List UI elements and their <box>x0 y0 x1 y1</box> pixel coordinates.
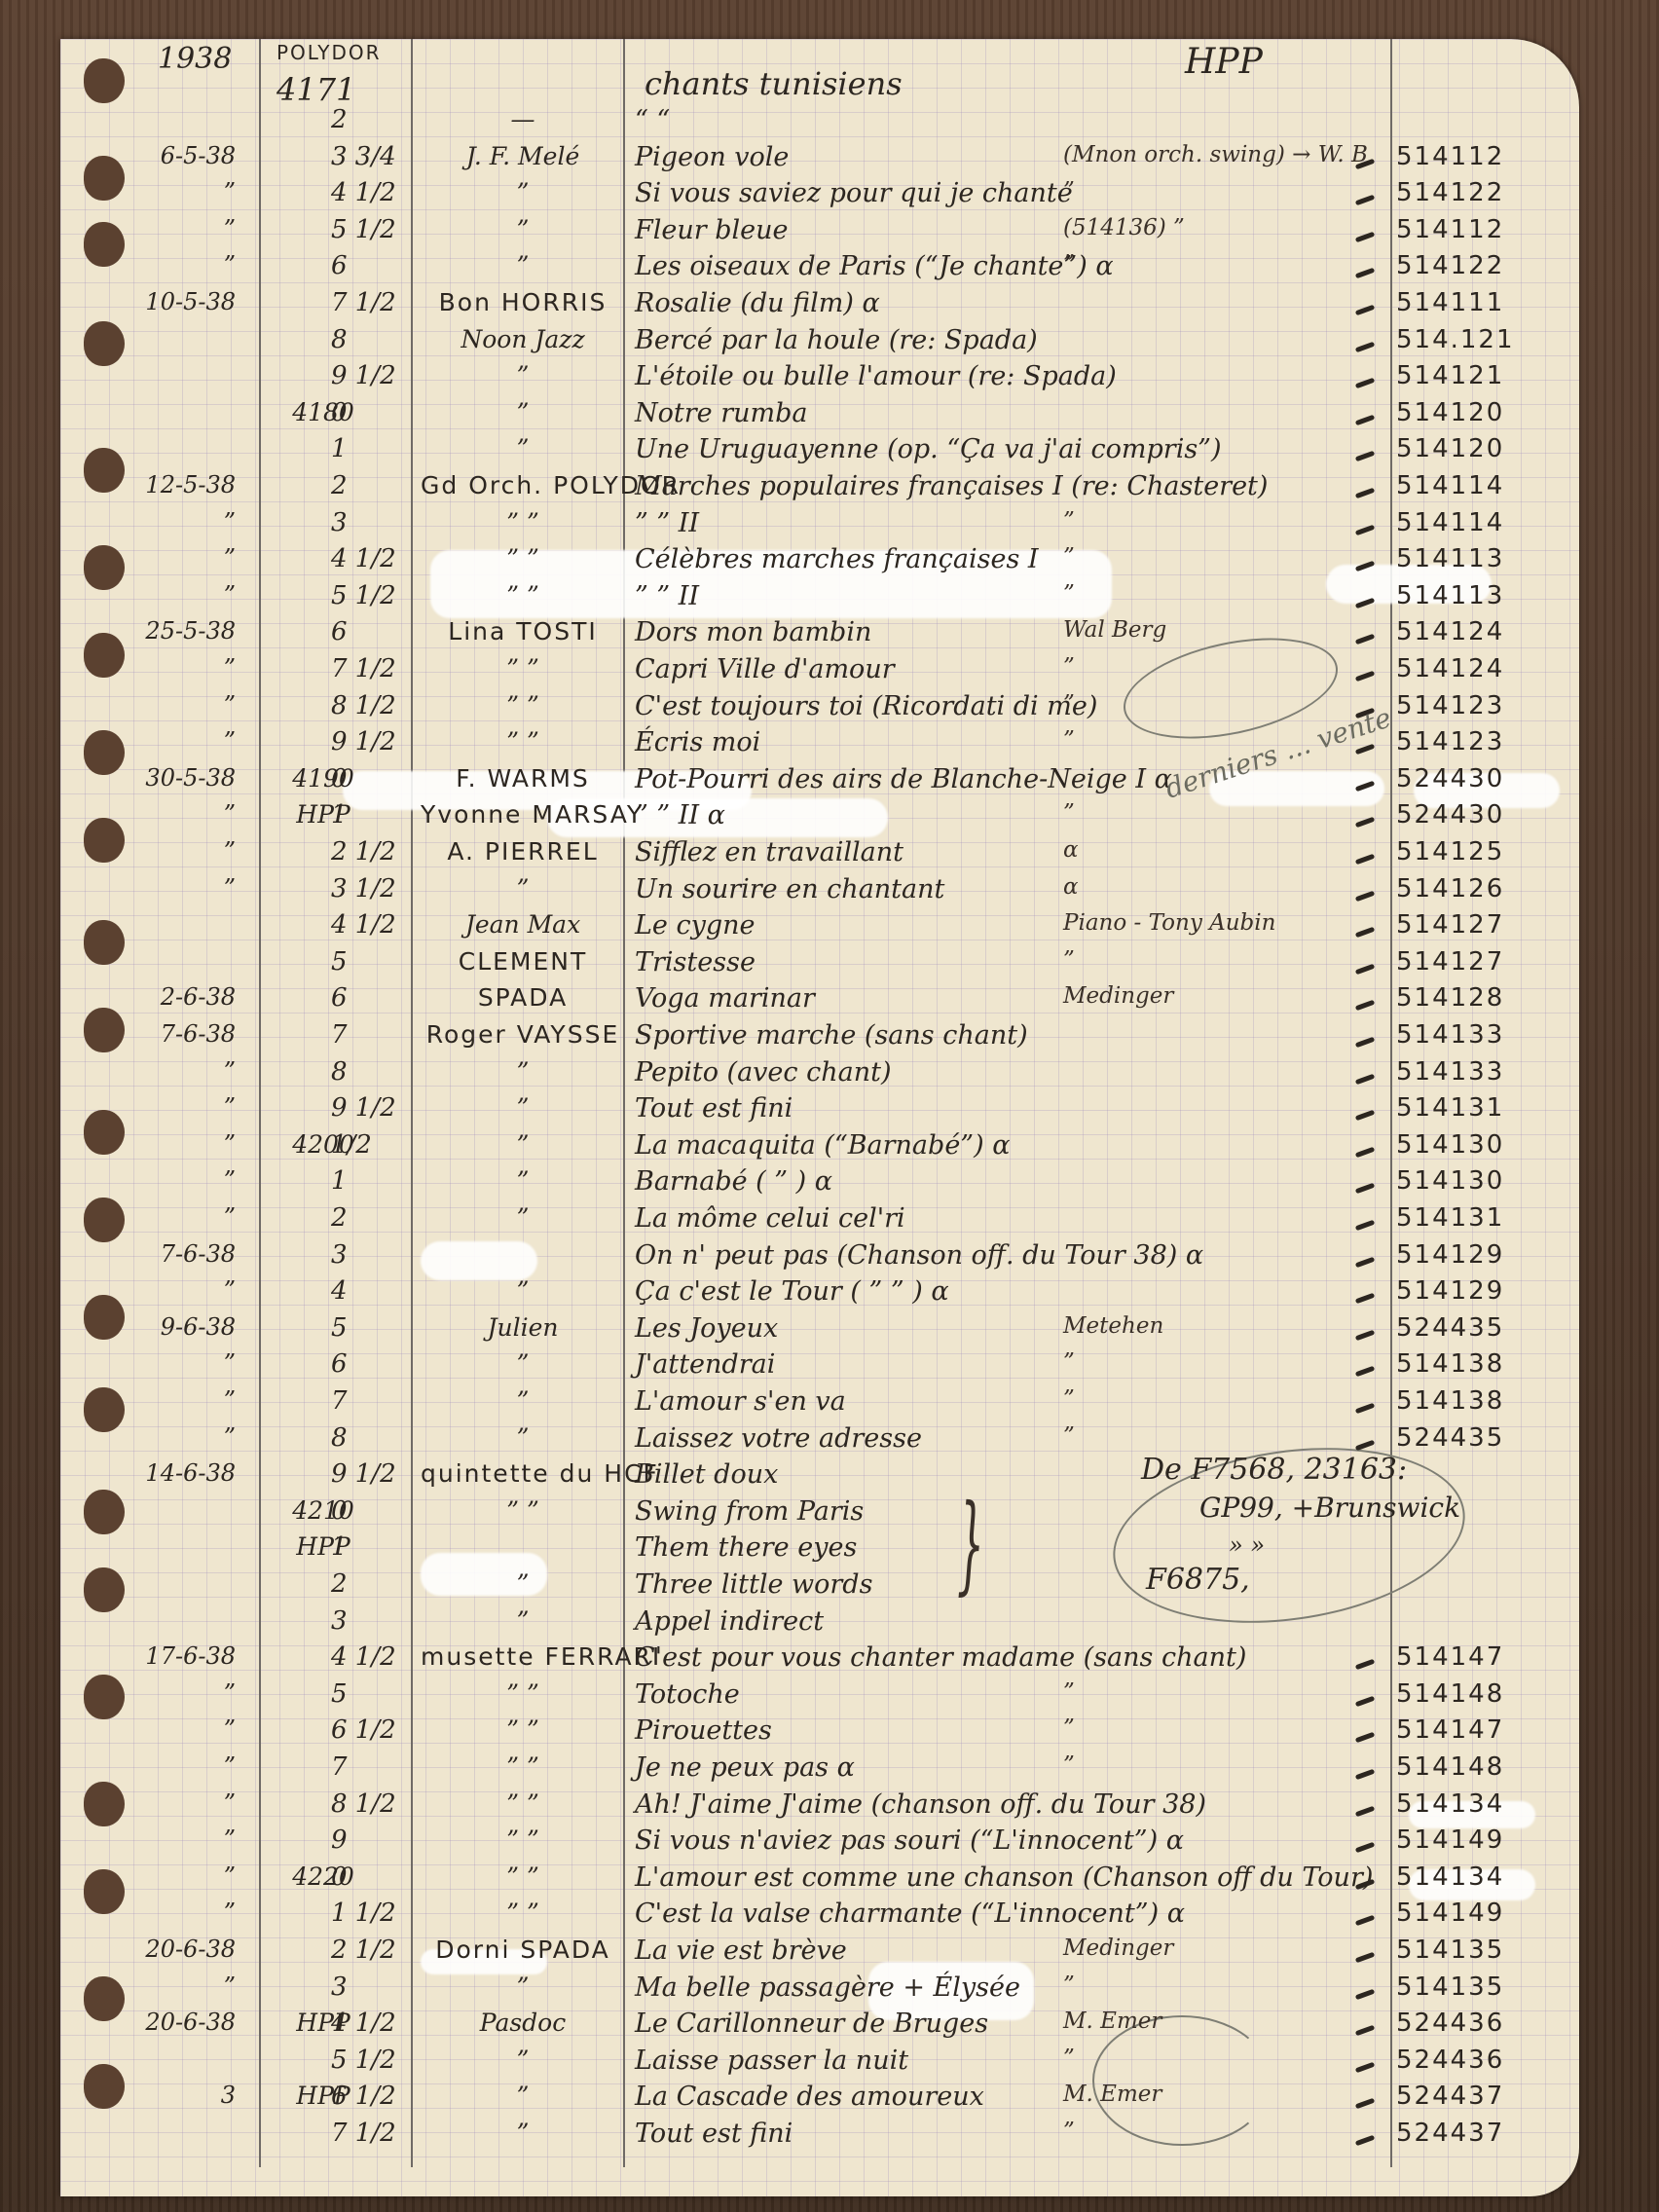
artist-cell: ” <box>421 1571 625 1596</box>
catalog-number-cell: 514148 <box>1396 1754 1504 1780</box>
title-cell: Pot-Pourri des airs de Blanche-Neige I α <box>635 766 1172 793</box>
artist-cell: quintette du HCF <box>421 1461 625 1486</box>
take-cell: 6 1/2 <box>331 1717 409 1743</box>
date-cell: ” <box>99 217 236 240</box>
take-cell: 0 <box>331 1864 409 1890</box>
date-cell: 7-6-38 <box>99 1022 236 1046</box>
catalog-number-cell: 514129 <box>1396 1278 1504 1304</box>
check-tick-mark <box>1355 1366 1376 1378</box>
take-cell: 8 1/2 <box>331 693 409 719</box>
ledger-row: 4 1/2Jean MaxLe cygnePiano - Tony Aubin5… <box>60 912 1579 949</box>
artist-cell: Bon HORRIS <box>421 290 625 314</box>
catalog-number-cell: 514135 <box>1396 1974 1504 2000</box>
title-cell: Les oiseaux de Paris (“Je chante”) α <box>635 253 1114 279</box>
note-cell: ” <box>1063 729 1075 752</box>
check-tick-mark <box>1355 341 1376 352</box>
check-tick-mark <box>1355 1915 1376 1927</box>
take-cell: 2 <box>331 1205 409 1231</box>
ledger-row: ”HPP1Yvonne MARSAY” ” II α”524430 <box>60 802 1579 839</box>
catalog-number-cell: 514127 <box>1396 949 1504 975</box>
title-cell: Them there eyes <box>635 1534 857 1561</box>
note-cell: ” <box>1063 656 1075 679</box>
ledger-row: ”6”Les oiseaux de Paris (“Je chante”) α”… <box>60 253 1579 290</box>
check-tick-mark <box>1355 1256 1376 1268</box>
ledger-row: ”8 1/2” ”Ah! J'aime J'aime (chanson off.… <box>60 1791 1579 1828</box>
artist-cell: ” ” <box>421 1864 625 1889</box>
note-cell: ” <box>1063 1717 1075 1740</box>
check-tick-mark <box>1355 305 1376 316</box>
title-cell: Écris moi <box>635 729 760 756</box>
take-cell: 4 1/2 <box>331 912 409 938</box>
note-cell: ” <box>1063 510 1075 533</box>
take-cell: 2 1/2 <box>331 839 409 865</box>
artist-cell: ” <box>421 1095 625 1120</box>
check-tick-mark <box>1355 451 1376 462</box>
binder-hole <box>84 58 125 103</box>
ledger-row: 30-5-3841900F. WARMSPot-Pourri des airs … <box>60 766 1579 803</box>
catalog-number-cell: 514113 <box>1396 546 1504 571</box>
title-cell: L'étoile ou bulle l'amour (re: Spada) <box>635 363 1117 389</box>
date-cell: 30-5-38 <box>99 766 236 790</box>
take-cell: 2 <box>331 107 409 132</box>
note-cell: (514136) ” <box>1063 217 1185 240</box>
take-cell: 3 <box>331 1242 409 1268</box>
catalog-number-cell: 524437 <box>1396 2120 1504 2146</box>
check-tick-mark <box>1355 2135 1376 2147</box>
note-cell: Piano - Tony Aubin <box>1063 912 1275 935</box>
ledger-row: ”5” ”Totoche”514148 <box>60 1681 1579 1718</box>
check-tick-mark <box>1355 2062 1376 2074</box>
date-cell: ” <box>99 583 236 607</box>
year-heading: 1938 <box>158 45 232 74</box>
check-tick-mark <box>1355 1732 1376 1744</box>
title-cell: Sifflez en travaillant <box>635 839 903 866</box>
check-tick-mark <box>1355 964 1376 976</box>
title-cell: On n' peut pas (Chanson off. du Tour 38)… <box>635 1242 1203 1269</box>
artist-cell: ” <box>421 1388 625 1413</box>
ledger-row: 25-5-386Lina TOSTIDors mon bambinWal Ber… <box>60 619 1579 656</box>
catalog-number-cell: 514147 <box>1396 1644 1504 1670</box>
date-cell: ” <box>99 1059 236 1083</box>
artist-cell: ” <box>421 363 625 387</box>
title-cell: Ma belle passagère + Élysée <box>635 1974 1020 2001</box>
take-cell: 4 1/2 <box>331 546 409 571</box>
artist-cell: Roger VAYSSE <box>421 1022 625 1047</box>
title-cell: La Cascade des amoureux <box>635 2083 984 2110</box>
check-tick-mark <box>1355 2025 1376 2037</box>
note-cell: α <box>1063 876 1079 899</box>
ledger-row: 9 1/2”L'étoile ou bulle l'amour (re: Spa… <box>60 363 1579 400</box>
ledger-row: 17-6-384 1/2musette FERRARIC'est pour vo… <box>60 1644 1579 1681</box>
note-cell: Medinger <box>1063 1937 1173 1960</box>
date-cell: ” <box>99 729 236 753</box>
ledger-row: 8Noon JazzBercé par la houle (re: Spada)… <box>60 327 1579 364</box>
take-cell: 9 1/2 <box>331 1095 409 1121</box>
take-cell: 7 1/2 <box>331 656 409 682</box>
check-tick-mark <box>1355 598 1376 609</box>
artist-cell: ” <box>421 1425 625 1450</box>
catalog-number-cell: 514121 <box>1396 363 1504 388</box>
catalog-number-cell: 514112 <box>1396 217 1504 242</box>
ledger-row: 1”Une Uruguayenne (op. “Ça va j'ai compr… <box>60 436 1579 473</box>
date-cell: 12-5-38 <box>99 473 236 497</box>
title-cell: ” ” II <box>635 583 699 609</box>
ledger-row: ”6”J'attendrai”514138 <box>60 1351 1579 1388</box>
date-cell: ” <box>99 1681 236 1705</box>
ledger-row: ”2 1/2A. PIERRELSifflez en travaillantα5… <box>60 839 1579 876</box>
ledger-row: ”4 1/2”Si vous saviez pour qui je chante… <box>60 180 1579 217</box>
artist-cell: Pasdoc <box>421 2010 625 2035</box>
date-cell: ” <box>99 1425 236 1449</box>
note-cell: ” <box>1063 1754 1075 1777</box>
take-cell: 9 1/2 <box>331 363 409 388</box>
take-cell: 3 1/2 <box>331 876 409 902</box>
date-cell: ” <box>99 1095 236 1119</box>
artist-cell: ” <box>421 1974 625 1999</box>
catalog-number-cell: 514133 <box>1396 1059 1504 1085</box>
artist-cell: Dorni SPADA <box>421 1937 625 1962</box>
catalog-number-cell: 514134 <box>1396 1791 1504 1817</box>
catalog-number-cell: 514114 <box>1396 473 1504 498</box>
ledger-row: ”7” ”Je ne peux pas α”514148 <box>60 1754 1579 1791</box>
take-cell: 1 <box>331 1168 409 1194</box>
artist-cell: ” ” <box>421 656 625 681</box>
take-cell: 1 <box>331 802 409 828</box>
date-cell: ” <box>99 1827 236 1851</box>
imprint-heading: HPP <box>1185 45 1263 80</box>
date-cell: ” <box>99 802 236 826</box>
title-cell: Pepito (avec chant) <box>635 1059 892 1086</box>
ledger-row: 7 1/2”Tout est fini”524437 <box>60 2120 1579 2157</box>
date-cell: ” <box>99 1388 236 1412</box>
title-cell: Swing from Paris <box>635 1498 864 1525</box>
take-cell: 9 1/2 <box>331 1461 409 1487</box>
artist-cell: SPADA <box>421 985 625 1010</box>
title-cell: Fleur bleue <box>635 217 789 243</box>
title-cell: Si vous n'aviez pas souri (“L'innocent”)… <box>635 1827 1184 1854</box>
ledger-page: 1938 POLYDOR 4171 chants tunisiens HPP 2… <box>60 39 1579 2196</box>
ledger-row: ”4 1/2” ”Célèbres marches françaises I”5… <box>60 546 1579 583</box>
title-cell: Tout est fini <box>635 1095 793 1122</box>
title-cell: Billet doux <box>635 1461 778 1488</box>
ledger-row: ”3 1/2”Un sourire en chantantα514126 <box>60 876 1579 913</box>
artist-cell: F. WARMS <box>421 766 625 791</box>
title-cell: Le Carillonneur de Bruges <box>635 2010 988 2037</box>
note-cell: ” <box>1063 1681 1075 1704</box>
ledger-row: ”1 1/2” ”C'est la valse charmante (“L'in… <box>60 1900 1579 1937</box>
check-tick-mark <box>1355 1110 1376 1122</box>
take-cell: 6 <box>331 253 409 278</box>
title-cell: Rosalie (du film) α <box>635 290 880 316</box>
title-cell: Marches populaires françaises I (re: Cha… <box>635 473 1268 499</box>
take-cell: 4 1/2 <box>331 2010 409 2036</box>
note-cell: ” <box>1063 949 1075 972</box>
date-cell: 6-5-38 <box>99 144 236 167</box>
title-cell: Laisse passer la nuit <box>635 2047 908 2074</box>
ledger-row: ”1”Barnabé ( ” ) α514130 <box>60 1168 1579 1205</box>
take-cell: 5 1/2 <box>331 583 409 608</box>
check-tick-mark <box>1355 488 1376 499</box>
take-cell: 7 1/2 <box>331 2120 409 2146</box>
check-tick-mark <box>1355 524 1376 535</box>
take-cell: 2 <box>331 473 409 498</box>
check-tick-mark <box>1355 1073 1376 1085</box>
artist-cell: ” ” <box>421 729 625 754</box>
check-tick-mark <box>1355 1293 1376 1305</box>
check-tick-mark <box>1355 744 1376 756</box>
ledger-row: 41800”Notre rumba514120 <box>60 400 1579 437</box>
check-tick-mark <box>1355 415 1376 426</box>
title-cell: Notre rumba <box>635 400 807 426</box>
check-tick-mark <box>1355 2098 1376 2110</box>
take-cell: 1 1/2 <box>331 1900 409 1926</box>
artist-cell: ” ” <box>421 1681 625 1706</box>
title-cell: C'est toujours toi (Ricordati di me) <box>635 693 1097 719</box>
take-cell: 0 <box>331 766 409 792</box>
catalog-number-cell: 514134 <box>1396 1864 1504 1890</box>
ledger-row: 7-6-387Roger VAYSSESportive marche (sans… <box>60 1022 1579 1059</box>
date-cell: 25-5-38 <box>99 619 236 643</box>
ledger-row: 6-5-383 3/4J. F. MeléPigeon vole(Mnon or… <box>60 144 1579 181</box>
artist-cell: ” <box>421 1168 625 1193</box>
catalog-number-cell: 514147 <box>1396 1717 1504 1743</box>
check-tick-mark <box>1355 1439 1376 1451</box>
date-cell: 2-6-38 <box>99 985 236 1009</box>
catalog-number-cell: 514122 <box>1396 180 1504 205</box>
catalog-number-cell: 514130 <box>1396 1168 1504 1194</box>
artist-cell: ” ” <box>421 583 625 608</box>
title-cell: Dors mon bambin <box>635 619 871 645</box>
date-cell: ” <box>99 693 236 717</box>
check-tick-mark <box>1355 1988 1376 2000</box>
check-tick-mark <box>1355 890 1376 902</box>
check-tick-mark <box>1355 1000 1376 1012</box>
note-cell: ” <box>1063 693 1075 716</box>
artist-cell: A. PIERREL <box>421 839 625 864</box>
date-cell: ” <box>99 1864 236 1888</box>
take-cell: 8 1/2 <box>331 1791 409 1817</box>
artist-cell: ” <box>421 2120 625 2145</box>
catalog-number-cell: 514113 <box>1396 583 1504 608</box>
note-cell: ” <box>1063 1351 1075 1374</box>
artist-cell: ” <box>421 436 625 461</box>
take-cell: 6 <box>331 619 409 645</box>
catalog-number-cell: 524437 <box>1396 2083 1504 2109</box>
title-cell: Tristesse <box>635 949 756 976</box>
check-tick-mark <box>1355 232 1376 243</box>
ledger-row: ”5 1/2” ”” ” II”514113 <box>60 583 1579 620</box>
catalog-number-cell: 514126 <box>1396 876 1504 902</box>
catalog-number-cell: 524435 <box>1396 1315 1504 1341</box>
check-tick-mark <box>1355 854 1376 866</box>
artist-cell: ” ” <box>421 1827 625 1852</box>
take-cell: 1 <box>331 436 409 461</box>
date-cell: ” <box>99 1168 236 1192</box>
catalog-number-cell: 514131 <box>1396 1205 1504 1231</box>
ledger-row: 5 1/2”Laisse passer la nuit”524436 <box>60 2047 1579 2084</box>
title-cell: Ça c'est le Tour ( ” ” ) α <box>635 1278 949 1305</box>
catalog-number-cell: 514148 <box>1396 1681 1504 1707</box>
catalog-number-cell: 514131 <box>1396 1095 1504 1121</box>
artist-cell: ” <box>421 1608 625 1633</box>
take-cell: 6 <box>331 985 409 1011</box>
check-tick-mark <box>1355 1147 1376 1159</box>
artist-cell: Gd Orch. POLYDOR <box>421 473 625 498</box>
take-cell: 7 <box>331 1754 409 1780</box>
take-cell: 5 1/2 <box>331 2047 409 2073</box>
artist-cell: Julien <box>421 1315 625 1340</box>
title-cell: Laissez votre adresse <box>635 1425 922 1452</box>
take-cell: 8 <box>331 1059 409 1085</box>
check-tick-mark <box>1355 781 1376 793</box>
artist-cell: Noon Jazz <box>421 327 625 351</box>
artist-cell: ” ” <box>421 1754 625 1779</box>
catalog-number-cell: 524430 <box>1396 766 1504 792</box>
catalog-number-cell: 514124 <box>1396 656 1504 682</box>
check-tick-mark <box>1355 1805 1376 1817</box>
ledger-row: 20-6-382 1/2Dorni SPADALa vie est brèveM… <box>60 1937 1579 1974</box>
ledger-row: 7-6-383On n' peut pas (Chanson off. du T… <box>60 1242 1579 1279</box>
note-cell: ” <box>1063 253 1075 276</box>
take-cell: 7 <box>331 1022 409 1048</box>
artist-cell: CLEMENT <box>421 949 625 974</box>
note-cell: M. Emer <box>1063 2010 1161 2033</box>
check-tick-mark <box>1355 1403 1376 1415</box>
check-tick-mark <box>1355 1769 1376 1781</box>
note-cell: ” <box>1063 546 1075 569</box>
check-tick-mark <box>1355 671 1376 682</box>
catalog-number-cell: 514114 <box>1396 510 1504 535</box>
take-cell: 9 1/2 <box>331 729 409 755</box>
ledger-row: ”9” ”Si vous n'aviez pas souri (“L'innoc… <box>60 1827 1579 1864</box>
artist-cell: ” ” <box>421 1900 625 1925</box>
artist-cell: ” <box>421 217 625 241</box>
take-cell: 3 <box>331 1608 409 1634</box>
check-tick-mark <box>1355 927 1376 939</box>
take-cell: 8 <box>331 327 409 352</box>
date-cell: ” <box>99 1754 236 1778</box>
title-cell: La macaquita (“Barnabé”) α <box>635 1132 1010 1159</box>
date-cell: 20-6-38 <box>99 1937 236 1961</box>
take-cell: 9 <box>331 1827 409 1853</box>
ledger-row: ”9 1/2”Tout est fini514131 <box>60 1095 1579 1132</box>
ledger-row: 2-6-386SPADAVoga marinarMedinger514128 <box>60 985 1579 1022</box>
check-tick-mark <box>1355 817 1376 829</box>
artist-cell: musette FERRARI <box>421 1644 625 1669</box>
catalog-number-cell: 524430 <box>1396 802 1504 828</box>
catalog-number-cell: 514128 <box>1396 985 1504 1011</box>
ledger-row: ”3” ”” ” II”514114 <box>60 510 1579 547</box>
date-cell: ” <box>99 1205 236 1229</box>
check-tick-mark <box>1355 1952 1376 1964</box>
catalog-number-cell: 514123 <box>1396 729 1504 755</box>
artist-cell: ” <box>421 1205 625 1230</box>
check-tick-mark <box>1355 634 1376 645</box>
ledger-row: 5CLEMENTTristesse”514127 <box>60 949 1579 986</box>
title-cell: Une Uruguayenne (op. “Ça va j'ai compris… <box>635 436 1222 462</box>
artist-cell: Jean Max <box>421 912 625 937</box>
artist-cell: ” <box>421 180 625 204</box>
title-cell: Ah! J'aime J'aime (chanson off. du Tour … <box>635 1791 1206 1818</box>
note-cell: ” <box>1063 2120 1075 2143</box>
catalog-number-cell: 524436 <box>1396 2047 1504 2073</box>
bracket-note-line3: » » <box>1229 1533 1265 1557</box>
check-tick-mark <box>1355 561 1376 572</box>
check-tick-mark <box>1355 1220 1376 1232</box>
date-cell: 20-6-38 <box>99 2010 236 2034</box>
bracket-note-line4: F6875, <box>1146 1566 1250 1595</box>
take-cell: 4 <box>331 1278 409 1304</box>
artist-cell: ” <box>421 1059 625 1084</box>
title-cell: Totoche <box>635 1681 740 1708</box>
take-cell: 0 <box>331 1498 409 1524</box>
bracket-note-line2: GP99, +Brunswick <box>1199 1494 1460 1522</box>
ledger-row: 9-6-385JulienLes JoyeuxMetehen524435 <box>60 1315 1579 1352</box>
take-cell: 5 <box>331 1681 409 1707</box>
catalog-number-cell: 514149 <box>1396 1827 1504 1853</box>
title-cell: Appel indirect <box>635 1608 824 1635</box>
note-cell: ” <box>1063 583 1075 606</box>
ledger-row: 2”Three little words <box>60 1571 1579 1608</box>
take-cell: 3 <box>331 1974 409 2000</box>
artist-cell: ” ” <box>421 1498 625 1523</box>
label-heading: POLYDOR <box>276 43 382 62</box>
artist-cell: — <box>421 107 625 131</box>
catalog-number-cell: 514.121 <box>1396 327 1515 352</box>
title-cell: Je ne peux pas α <box>635 1754 855 1781</box>
date-cell: ” <box>99 1717 236 1741</box>
artist-cell: ” <box>421 253 625 277</box>
artist-cell: Yvonne MARSAY <box>421 802 625 827</box>
artist-cell: ” <box>421 1351 625 1376</box>
artist-cell: ” ” <box>421 546 625 571</box>
take-cell: 4 1/2 <box>331 180 409 205</box>
title-cell: Voga marinar <box>635 985 815 1012</box>
title-cell: C'est la valse charmante (“L'innocent”) … <box>635 1900 1185 1927</box>
catalog-number-cell: 524436 <box>1396 2010 1504 2036</box>
date-cell: 14-6-38 <box>99 1461 236 1485</box>
take-cell: 3 <box>331 510 409 535</box>
note-cell: α <box>1063 839 1079 862</box>
note-cell: ” <box>1063 2047 1075 2070</box>
title-cell: ” ” II α <box>635 802 725 829</box>
artist-cell: ” <box>421 876 625 901</box>
title-cell: La môme celui cel'ri <box>635 1205 905 1232</box>
catalog-number-cell: 514130 <box>1396 1132 1504 1158</box>
topic-heading: chants tunisiens <box>645 68 903 99</box>
catalog-number-cell: 514120 <box>1396 436 1504 461</box>
take-cell: 1/2 <box>331 1132 409 1158</box>
check-tick-mark <box>1355 1037 1376 1049</box>
note-cell: ” <box>1063 802 1075 825</box>
check-tick-mark <box>1355 195 1376 206</box>
take-cell: 8 <box>331 1425 409 1451</box>
title-cell: C'est pour vous chanter madame (sans cha… <box>635 1644 1246 1671</box>
date-cell: ” <box>99 1351 236 1375</box>
title-cell: Bercé par la houle (re: Spada) <box>635 327 1038 353</box>
catalog-number-cell: 514127 <box>1396 912 1504 938</box>
catalog-number-cell: 514122 <box>1396 253 1504 278</box>
check-tick-mark <box>1355 1842 1376 1854</box>
catalog-number-cell: 514135 <box>1396 1937 1504 1963</box>
check-tick-mark <box>1355 378 1376 389</box>
ledger-row: 3”Appel indirect <box>60 1608 1579 1645</box>
title-cell: Célèbres marches françaises I <box>635 546 1039 572</box>
catalog-number-cell: 514112 <box>1396 144 1504 169</box>
title-cell: Pigeon vole <box>635 144 789 170</box>
take-cell: 7 1/2 <box>331 290 409 315</box>
note-cell: ” <box>1063 1425 1075 1448</box>
